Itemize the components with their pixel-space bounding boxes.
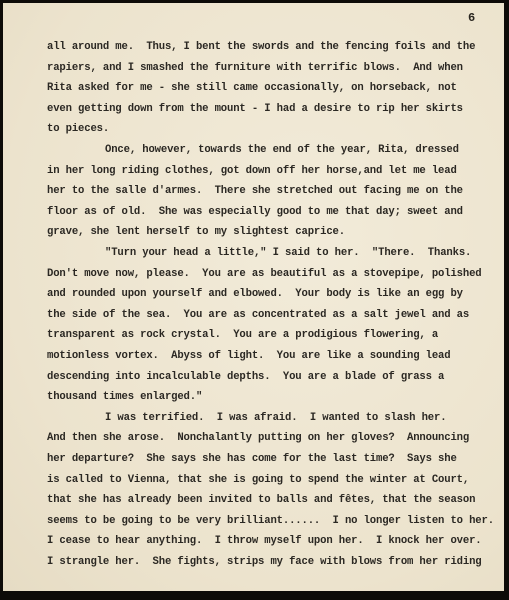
text-line: her departure? She says she has come for… <box>47 453 457 465</box>
text-line: rapiers, and I smashed the furniture wit… <box>47 62 463 74</box>
text-line: And then she arose. Nonchalantly putting… <box>47 432 469 444</box>
text-line: transparent as rock crystal. You are a p… <box>47 329 438 341</box>
text-line: I strangle her. She fights, strips my fa… <box>47 556 482 568</box>
text-line: is called to Vienna, that she is going t… <box>47 474 469 486</box>
text-line: I cease to hear anything. I throw myself… <box>47 535 482 547</box>
text-line: floor as of old. She was especially good… <box>47 206 463 218</box>
text-line: seems to be going to be very brilliant..… <box>47 515 494 527</box>
text-line: Don't move now, please. You are as beaut… <box>47 268 482 280</box>
text-line: grave, she lent herself to my slightest … <box>47 226 345 238</box>
typescript-page: 6 all around me. Thus, I bent the swords… <box>3 3 504 591</box>
page-number: 6 <box>468 11 475 25</box>
text-line: Once, however, towards the end of the ye… <box>47 144 459 156</box>
text-line: the side of the sea. You are as concentr… <box>47 309 469 321</box>
text-line: that she has already been invited to bal… <box>47 494 475 506</box>
text-line: even getting down from the mount - I had… <box>47 103 463 115</box>
text-line: Rita asked for me - she still came occas… <box>47 82 457 94</box>
text-line: thousand times enlarged." <box>47 391 202 403</box>
text-line: in her long riding clothes, got down off… <box>47 165 457 177</box>
text-line: to pieces. <box>47 123 109 135</box>
text-line: and rounded upon yourself and elbowed. Y… <box>47 288 463 300</box>
text-line: "Turn your head a little," I said to her… <box>47 247 471 259</box>
text-line: all around me. Thus, I bent the swords a… <box>47 41 475 53</box>
text-line: her to the salle d'armes. There she stre… <box>47 185 463 197</box>
text-line: I was terrified. I was afraid. I wanted … <box>47 412 446 424</box>
text-line: motionless vortex. Abyss of light. You a… <box>47 350 450 362</box>
text-line: descending into incalculable depths. You… <box>47 371 444 383</box>
